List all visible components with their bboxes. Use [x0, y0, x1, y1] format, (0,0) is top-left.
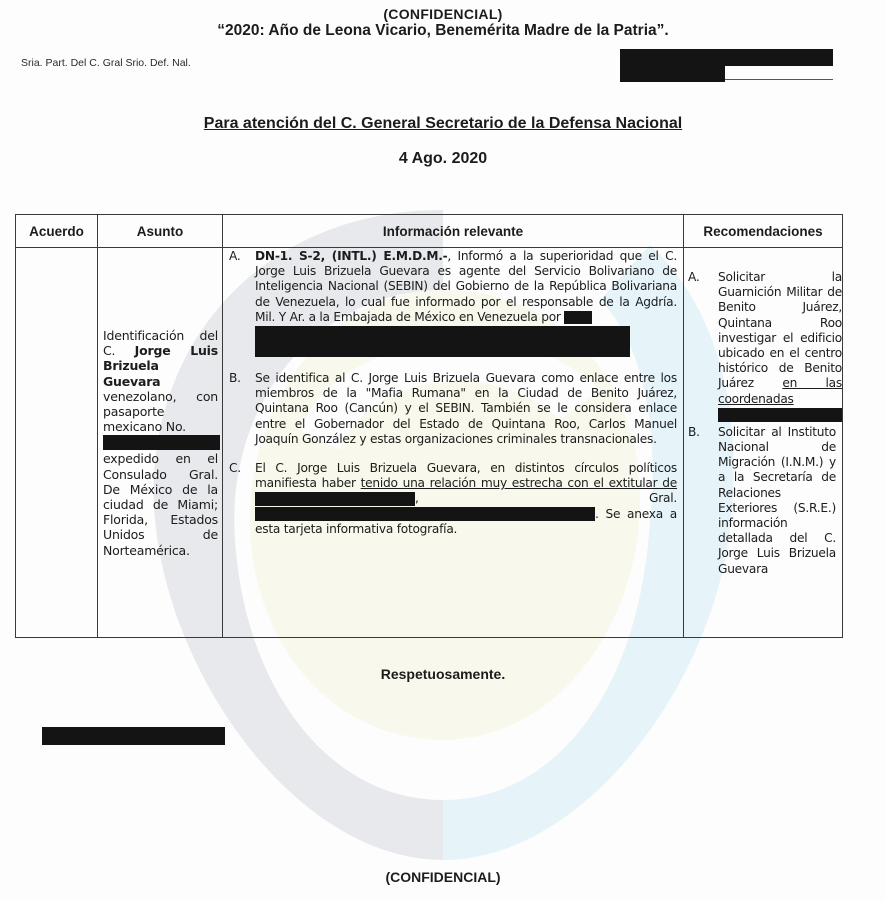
asunto-tail: expedido en el Consulado Gral. De México… — [103, 451, 218, 557]
year-motto: “2020: Año de Leona Vicario, Benemérita … — [0, 22, 886, 40]
redaction-block — [255, 492, 415, 506]
redaction-block — [255, 326, 630, 357]
closing-salutation: Respetuosamente. — [0, 666, 886, 682]
column-header: Información relevante — [223, 215, 684, 248]
info-item-c: C. El C. Jorge Luis Brizuela Guevara, en… — [229, 461, 677, 537]
signature-line — [725, 79, 833, 80]
classification-header: (CONFIDENCIAL) — [0, 6, 886, 22]
redaction-block — [564, 311, 592, 324]
redaction-block — [718, 408, 842, 422]
information-table: Acuerdo Asunto Información relevante Rec… — [15, 214, 843, 638]
document-page: (CONFIDENCIAL) “2020: Año de Leona Vicar… — [0, 0, 886, 901]
acuerdo-cell — [16, 248, 98, 638]
redaction-block — [103, 435, 220, 450]
info-item-b: B. Se identifica al C. Jorge Luis Brizue… — [229, 371, 677, 447]
recomendaciones-cell: A. Solicitar la Guarnición Militar de Be… — [684, 248, 843, 638]
table-row: Identificación del C. Jorge Luis Brizuel… — [16, 248, 843, 638]
office-label: Sria. Part. Del C. Gral Srio. Def. Nal. — [21, 57, 191, 69]
source-code: DN-1. S-2, (INTL.) E.M.D.M.- — [255, 249, 447, 263]
redaction-block — [620, 66, 725, 82]
redaction-block — [620, 49, 833, 66]
document-date: 4 Ago. 2020 — [0, 150, 886, 168]
classification-footer: (CONFIDENCIAL) — [0, 869, 886, 885]
recommendation-a: A. Solicitar la Guarnición Militar de Be… — [688, 270, 836, 422]
asunto-mid: venezolano, con pasaporte mexicano No. — [103, 389, 218, 434]
table-header-row: Acuerdo Asunto Información relevante Rec… — [16, 215, 843, 248]
column-header: Recomendaciones — [684, 215, 843, 248]
column-header: Asunto — [98, 215, 223, 248]
signature-redaction — [42, 727, 225, 745]
info-cell: A. DN-1. S-2, (INTL.) E.M.D.M.-, Informó… — [223, 248, 684, 638]
redaction-block — [255, 507, 595, 521]
column-header: Acuerdo — [16, 215, 98, 248]
attention-line: Para atención del C. General Secretario … — [0, 115, 886, 133]
asunto-cell: Identificación del C. Jorge Luis Brizuel… — [98, 248, 223, 638]
info-item-a: A. DN-1. S-2, (INTL.) E.M.D.M.-, Informó… — [229, 249, 677, 357]
subject-name: Jorge Luis Brizuela Guevara — [103, 343, 218, 388]
recommendation-b: B. Solicitar al Instituto Nacional de Mi… — [688, 425, 836, 577]
